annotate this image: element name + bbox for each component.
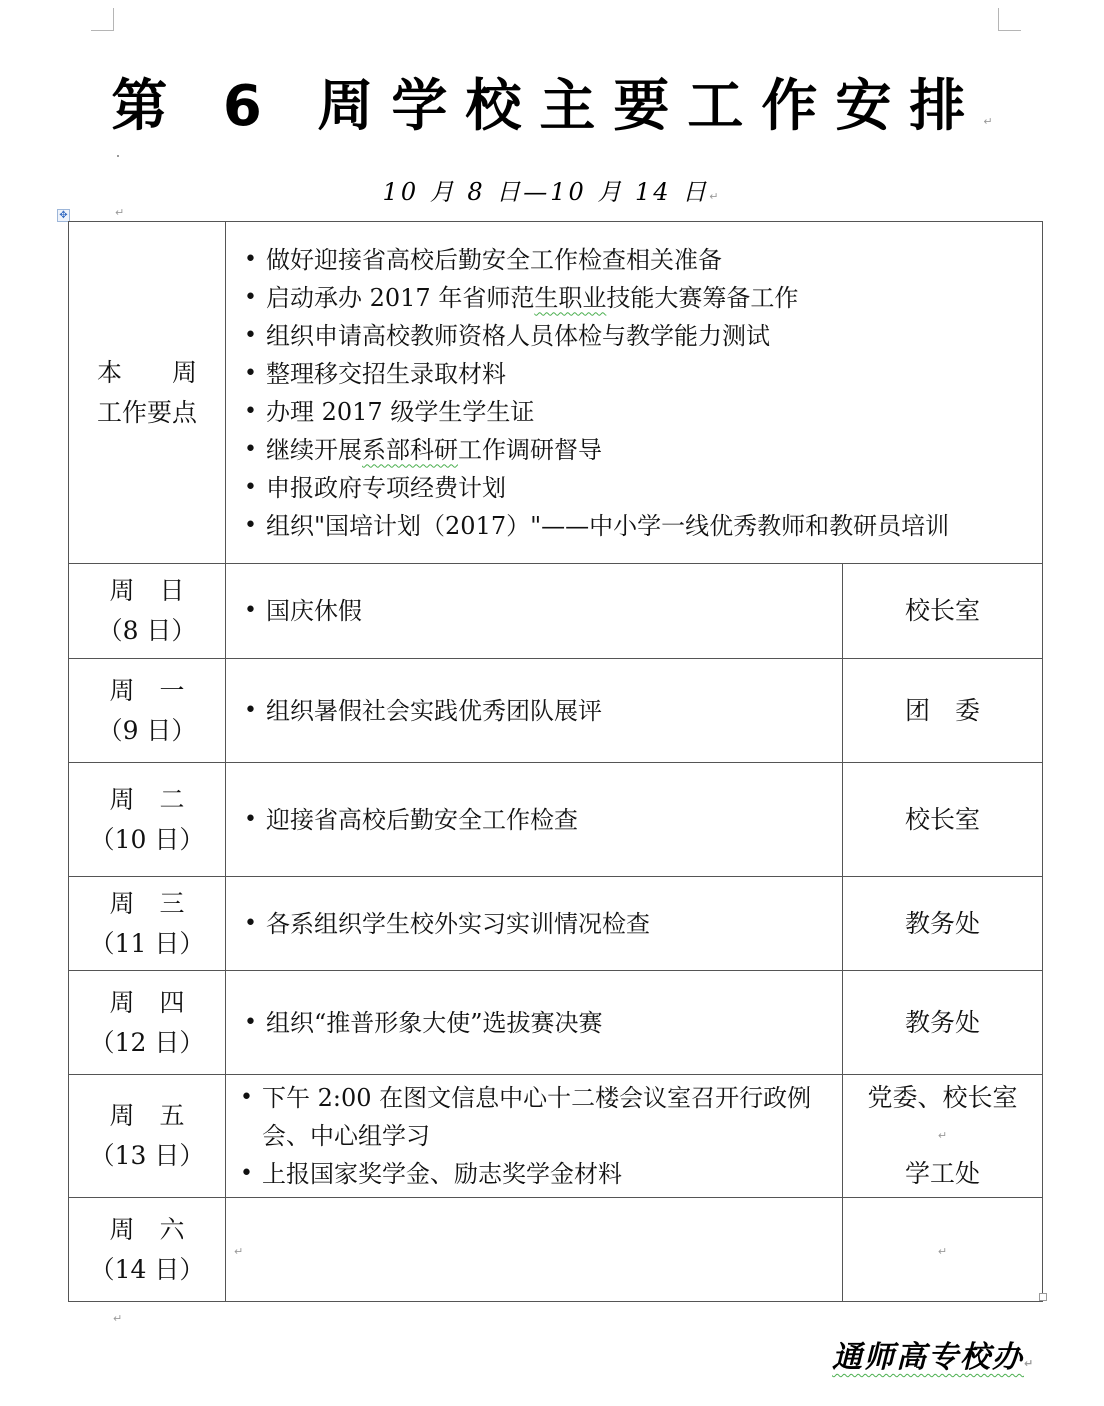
signature-text: 通师高专校办 <box>832 1340 1024 1375</box>
summary-item: 办理 2017 级学生学生证 <box>244 393 1034 431</box>
paragraph-mark-icon: ↵ <box>843 1117 1042 1155</box>
day-tasks-cell[interactable]: 下午 2:00 在图文信息中心十二楼会议室召开行政例会、中心组学习 上报国家奖学… <box>226 1075 843 1198</box>
day-date: （13 日） <box>69 1136 225 1176</box>
paragraph-mark-icon: ↵ <box>1024 1357 1035 1370</box>
dept-name: 团 委 <box>905 696 980 725</box>
date-range-text: 10 月 8 日—10 月 14 日 <box>383 178 710 206</box>
day-tasks-cell[interactable]: 国庆休假 <box>226 564 843 659</box>
summary-label-line2: 工作要点 <box>69 393 225 433</box>
dept-cell[interactable]: 校长室 <box>843 564 1043 659</box>
task-list: 各系组织学生校外实习实训情况检查 <box>226 901 842 947</box>
day-date: （14 日） <box>69 1250 225 1290</box>
task-list: 下午 2:00 在图文信息中心十二楼会议室召开行政例会、中心组学习 上报国家奖学… <box>226 1075 842 1197</box>
summary-item: 做好迎接省高校后勤安全工作检查相关准备 <box>244 241 1034 279</box>
task-item: 上报国家奖学金、励志奖学金材料 <box>240 1155 834 1193</box>
summary-item: 组织"国培计划（2017）"——中小学一线优秀教师和教研员培训 <box>244 507 1034 545</box>
page-corner-mark-top-left <box>91 8 114 31</box>
task-item: 组织暑假社会实践优秀团队展评 <box>244 692 834 730</box>
day-label-cell[interactable]: 周 日 （8 日） <box>69 564 226 659</box>
table-resize-handle[interactable] <box>1039 1293 1047 1301</box>
day-tasks-cell[interactable]: 组织暑假社会实践优秀团队展评 <box>226 659 843 763</box>
day-tasks-cell[interactable]: 各系组织学生校外实习实训情况检查 <box>226 877 843 971</box>
day-date: （10 日） <box>69 820 225 860</box>
summary-items-cell[interactable]: 做好迎接省高校后勤安全工作检查相关准备 启动承办 2017 年省师范生职业技能大… <box>226 222 1043 564</box>
day-row-tuesday: 周 二 （10 日） 迎接省高校后勤安全工作检查 校长室 <box>69 763 1043 877</box>
day-date: （8 日） <box>69 611 225 651</box>
paragraph-mark-icon: ↵ <box>938 1245 947 1258</box>
day-date: （11 日） <box>69 924 225 964</box>
task-list: 组织暑假社会实践优秀团队展评 <box>226 688 842 734</box>
dept-name: 教务处 <box>905 1008 980 1037</box>
paragraph-mark-icon: ↵ <box>709 190 721 203</box>
task-list: 组织“推普形象大使”选拔赛决赛 <box>226 1000 842 1046</box>
day-tasks-cell[interactable]: 迎接省高校后勤安全工作检查 <box>226 763 843 877</box>
dept-cell[interactable]: ↵ <box>843 1198 1043 1302</box>
day-name: 周 日 <box>69 571 225 611</box>
date-range: 10 月 8 日—10 月 14 日↵ <box>0 172 1104 207</box>
dept-name: 学工处 <box>843 1155 1042 1193</box>
day-row-sunday: 周 日 （8 日） 国庆休假 校长室 <box>69 564 1043 659</box>
day-date: （9 日） <box>69 711 225 751</box>
day-name: 周 五 <box>69 1096 225 1136</box>
summary-item: 整理移交招生录取材料 <box>244 355 1034 393</box>
day-name: 周 一 <box>69 671 225 711</box>
title-text: 第 6 周学校主要工作安排 <box>111 74 983 139</box>
schedule-table: 本 周 工作要点 做好迎接省高校后勤安全工作检查相关准备 启动承办 2017 年… <box>68 221 1043 1302</box>
dept-name: 教务处 <box>905 909 980 938</box>
day-row-friday: 周 五 （13 日） 下午 2:00 在图文信息中心十二楼会议室召开行政例会、中… <box>69 1075 1043 1198</box>
dept-cell[interactable]: 教务处 <box>843 877 1043 971</box>
document-title: 第 6 周学校主要工作安排↵ <box>0 62 1104 142</box>
day-row-monday: 周 一 （9 日） 组织暑假社会实践优秀团队展评 团 委 <box>69 659 1043 763</box>
summary-item: 组织申请高校教师资格人员体检与教学能力测试 <box>244 317 1034 355</box>
day-tasks-cell[interactable]: 组织“推普形象大使”选拔赛决赛 <box>226 971 843 1075</box>
day-row-thursday: 周 四 （12 日） 组织“推普形象大使”选拔赛决赛 教务处 <box>69 971 1043 1075</box>
summary-item: 申报政府专项经费计划 <box>244 469 1034 507</box>
day-name: 周 二 <box>69 780 225 820</box>
empty-paragraph-dot <box>117 155 119 157</box>
summary-item: 继续开展系部科研工作调研督导 <box>244 431 1034 469</box>
task-item: 各系组织学生校外实习实训情况检查 <box>244 905 834 943</box>
day-label-cell[interactable]: 周 六 （14 日） <box>69 1198 226 1302</box>
day-label-cell[interactable]: 周 五 （13 日） <box>69 1075 226 1198</box>
task-list: 国庆休假 <box>226 588 842 634</box>
dept-cell[interactable]: 党委、校长室 ↵ 学工处 <box>843 1075 1043 1198</box>
signature: 通师高专校办↵ <box>832 1332 1035 1376</box>
dept-name: 校长室 <box>905 805 980 834</box>
paragraph-mark-icon: ↵ <box>113 1312 122 1325</box>
task-list: 迎接省高校后勤安全工作检查 <box>226 797 842 843</box>
day-name: 周 六 <box>69 1210 225 1250</box>
summary-label-line1: 本 周 <box>69 353 225 393</box>
paragraph-mark-icon: ↵ <box>234 1245 243 1258</box>
summary-item: 启动承办 2017 年省师范生职业技能大赛筹备工作 <box>244 279 1034 317</box>
day-name: 周 四 <box>69 983 225 1023</box>
dept-name: 校长室 <box>905 596 980 625</box>
dept-cell[interactable]: 校长室 <box>843 763 1043 877</box>
task-item: 迎接省高校后勤安全工作检查 <box>244 801 834 839</box>
day-label-cell[interactable]: 周 一 （9 日） <box>69 659 226 763</box>
summary-row: 本 周 工作要点 做好迎接省高校后勤安全工作检查相关准备 启动承办 2017 年… <box>69 222 1043 564</box>
summary-label-cell[interactable]: 本 周 工作要点 <box>69 222 226 564</box>
task-item: 下午 2:00 在图文信息中心十二楼会议室召开行政例会、中心组学习 <box>240 1079 834 1155</box>
dept-name: 党委、校长室 <box>843 1079 1042 1117</box>
day-row-wednesday: 周 三 （11 日） 各系组织学生校外实习实训情况检查 教务处 <box>69 877 1043 971</box>
day-label-cell[interactable]: 周 三 （11 日） <box>69 877 226 971</box>
summary-list: 做好迎接省高校后勤安全工作检查相关准备 启动承办 2017 年省师范生职业技能大… <box>226 237 1042 549</box>
task-item: 国庆休假 <box>244 592 834 630</box>
day-tasks-cell[interactable]: ↵ <box>226 1198 843 1302</box>
day-name: 周 三 <box>69 884 225 924</box>
day-date: （12 日） <box>69 1023 225 1063</box>
day-label-cell[interactable]: 周 四 （12 日） <box>69 971 226 1075</box>
paragraph-mark-icon: ↵ <box>115 206 124 219</box>
paragraph-mark-icon: ↵ <box>983 115 992 128</box>
page-corner-mark-top-right <box>998 8 1021 31</box>
dept-cell[interactable]: 团 委 <box>843 659 1043 763</box>
task-item: 组织“推普形象大使”选拔赛决赛 <box>244 1004 834 1042</box>
day-row-saturday: 周 六 （14 日） ↵ ↵ <box>69 1198 1043 1302</box>
dept-cell[interactable]: 教务处 <box>843 971 1043 1075</box>
day-label-cell[interactable]: 周 二 （10 日） <box>69 763 226 877</box>
